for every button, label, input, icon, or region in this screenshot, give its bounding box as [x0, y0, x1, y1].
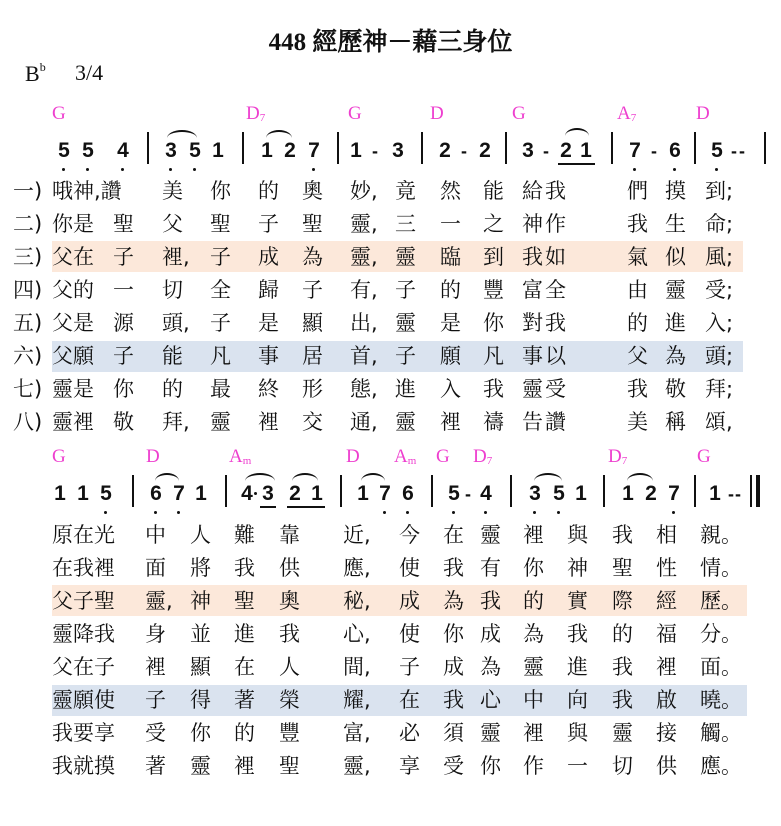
lyric-syllable: 裡 — [145, 651, 166, 683]
key-signature: Bb — [25, 60, 46, 87]
verse-number: 二) — [13, 208, 42, 240]
lyric-syllable: 受; — [705, 274, 733, 306]
lyric-syllable: 有, — [350, 274, 378, 306]
lyric-syllable: 你 — [210, 175, 231, 207]
lyric-syllable: 受 — [545, 373, 566, 405]
bar-line — [225, 475, 227, 507]
dotted-note-dot — [254, 492, 257, 495]
lyric-syllable: 凡 — [210, 340, 231, 372]
lyric-syllable: 應, — [343, 552, 371, 584]
note: 1 — [707, 482, 723, 506]
lyric-syllable: 稱 — [665, 406, 686, 438]
lyric-syllable: 靈 — [395, 241, 416, 273]
bar-line — [603, 475, 605, 507]
bar-line — [337, 132, 339, 164]
lyric-syllable: 我 — [627, 208, 648, 240]
lyric-syllable: 在我裡 — [52, 552, 115, 584]
lyric-syllable: 美 — [627, 406, 648, 438]
verse-number: 七) — [13, 373, 42, 405]
lyric-syllable: 全 — [210, 274, 231, 306]
lyric-syllable: 顯 — [190, 651, 211, 683]
lyric-syllable: 性 — [656, 552, 677, 584]
lyric-syllable: 事 — [258, 340, 279, 372]
slur — [167, 130, 197, 138]
lyric-syllable: 受 — [145, 717, 166, 749]
flat-accidental: b — [40, 60, 46, 74]
verse-number: 三) — [13, 241, 42, 273]
dash: - — [543, 139, 549, 163]
lyric-syllable: 一 — [113, 274, 134, 306]
lyric-syllable: 人 — [190, 519, 211, 551]
lyric-syllable: 面 — [145, 552, 166, 584]
lyric-syllable: 是 — [258, 307, 279, 339]
lyric-syllable: 你 — [443, 618, 464, 650]
lyric-syllable: 成 — [480, 618, 501, 650]
lyric-syllable: 哦神,讚 — [52, 175, 122, 207]
note: 5 — [446, 482, 462, 506]
lyric-syllable: 作 — [545, 208, 566, 240]
lyric-syllable: 子 — [210, 307, 231, 339]
verse-number: 八) — [13, 406, 42, 438]
note: 5 — [551, 482, 567, 506]
lyric-syllable: 你 — [190, 717, 211, 749]
lyric-syllable: 中 — [523, 684, 544, 716]
lyric-syllable: 靈, — [343, 750, 371, 782]
note: 7 — [377, 482, 393, 506]
note: 7 — [306, 139, 322, 163]
lyric-syllable: 神 — [567, 552, 588, 584]
lyric-syllable: 靈, — [350, 241, 378, 273]
lyric-syllable: 面。 — [700, 651, 742, 683]
lyric-syllable: 心 — [480, 684, 501, 716]
lyric-syllable: 靈是 — [52, 373, 94, 405]
lyric-syllable: 拜, — [162, 406, 190, 438]
bar-line — [132, 475, 134, 507]
lyric-syllable: 你 — [523, 552, 544, 584]
lyric-syllable: 今 — [399, 519, 420, 551]
note: 7 — [627, 139, 643, 163]
lyric-syllable: 曉。 — [700, 684, 742, 716]
lyric-syllable: 耀, — [343, 684, 371, 716]
lyric-syllable: 得 — [190, 684, 211, 716]
lyric-syllable: 供 — [656, 750, 677, 782]
note: 7 — [666, 482, 682, 506]
lyric-syllable: 供 — [279, 552, 300, 584]
lyric-syllable: 子 — [258, 208, 279, 240]
note: 3 — [390, 139, 406, 163]
lyric-syllable: 我 — [612, 651, 633, 683]
lyric-syllable: 靈 — [522, 373, 543, 405]
lyric-syllable: 最 — [210, 373, 231, 405]
lyric-syllable: 的 — [162, 373, 183, 405]
lyric-syllable: 靈 — [480, 717, 501, 749]
lyric-syllable: 靈 — [190, 750, 211, 782]
lyric-syllable: 居 — [302, 340, 323, 372]
lyric-syllable: 裡 — [523, 519, 544, 551]
lyric-syllable: 的 — [627, 307, 648, 339]
lyric-syllable: 交 — [302, 406, 323, 438]
chord: D — [346, 446, 360, 468]
lyric-syllable: 神 — [522, 208, 543, 240]
lyric-syllable: 靈, — [350, 208, 378, 240]
note: 3 — [163, 139, 179, 163]
lyric-syllable: 到; — [705, 175, 733, 207]
lyric-syllable: 入 — [440, 373, 461, 405]
chord: D — [146, 446, 160, 468]
lyric-syllable: 事 — [522, 340, 543, 372]
lyric-syllable: 父是 — [52, 307, 94, 339]
lyric-syllable: 態, — [350, 373, 378, 405]
lyric-syllable: 靈 — [612, 717, 633, 749]
bar-line — [340, 475, 342, 507]
lyric-syllable: 榮 — [279, 684, 300, 716]
lyric-syllable: 我 — [480, 585, 501, 617]
verse-number: 一) — [13, 175, 42, 207]
note: 6 — [667, 139, 683, 163]
lyric-syllable: 三 — [395, 208, 416, 240]
note: 1 — [210, 139, 226, 163]
chord: Am — [394, 446, 416, 468]
lyric-syllable: 原在光 — [52, 519, 115, 551]
lyric-syllable: 告 — [522, 406, 543, 438]
lyric-syllable: 父 — [162, 208, 183, 240]
lyric-syllable: 靈降我 — [52, 618, 115, 650]
note: 4 — [239, 482, 255, 506]
lyric-syllable: 為 — [302, 241, 323, 273]
lyric-syllable: 靈, — [145, 585, 173, 617]
lyric-syllable: 能 — [483, 175, 504, 207]
lyric-syllable: 經 — [656, 585, 677, 617]
lyric-syllable: 全 — [545, 274, 566, 306]
lyric-syllable: 受 — [443, 750, 464, 782]
bar-line — [431, 475, 433, 507]
lyric-syllable: 我 — [483, 373, 504, 405]
lyric-syllable: 我 — [443, 684, 464, 716]
lyric-syllable: 我 — [545, 307, 566, 339]
lyric-syllable: 靈 — [523, 651, 544, 683]
lyric-syllable: 分。 — [700, 618, 742, 650]
lyric-syllable: 我 — [612, 519, 633, 551]
lyric-syllable: 以 — [545, 340, 566, 372]
lyric-syllable: 如 — [545, 241, 566, 273]
dash: - — [465, 482, 471, 506]
lyric-syllable: 我要享 — [52, 717, 115, 749]
lyric-syllable: 聖 — [302, 208, 323, 240]
chord: G — [697, 446, 711, 468]
lyric-syllable: 凡 — [483, 340, 504, 372]
bar-line — [694, 132, 696, 164]
lyric-syllable: 子 — [302, 274, 323, 306]
lyric-syllable: 與 — [567, 717, 588, 749]
lyric-syllable: 裡 — [440, 406, 461, 438]
lyric-syllable: 禱 — [483, 406, 504, 438]
note: 5 — [80, 139, 96, 163]
hymn-title: 448 經歷神－藉三身位 — [0, 22, 781, 58]
lyric-syllable: 裡 — [523, 717, 544, 749]
lyric-syllable: 終 — [258, 373, 279, 405]
lyric-syllable: 子 — [395, 274, 416, 306]
lyric-syllable: 子 — [210, 241, 231, 273]
lyric-syllable: 身 — [145, 618, 166, 650]
lyric-syllable: 豐 — [483, 274, 504, 306]
lyric-syllable: 我 — [612, 684, 633, 716]
lyric-syllable: 裡 — [258, 406, 279, 438]
lyric-syllable: 出, — [350, 307, 378, 339]
note: 5 — [56, 139, 72, 163]
lyric-syllable: 氣 — [627, 241, 648, 273]
lyric-syllable: 敬 — [665, 373, 686, 405]
lyric-syllable: 的 — [258, 175, 279, 207]
lyric-syllable: 源 — [113, 307, 134, 339]
bar-line — [505, 132, 507, 164]
lyric-syllable: 裡, — [162, 241, 190, 273]
note: 2 — [437, 139, 453, 163]
note: 1 — [309, 482, 325, 506]
lyric-syllable: 歸 — [258, 274, 279, 306]
lyric-syllable: 使 — [399, 552, 420, 584]
lyric-syllable: 情。 — [700, 552, 742, 584]
lyric-syllable: 進 — [234, 618, 255, 650]
bar-line — [694, 475, 696, 507]
lyric-syllable: 豐 — [279, 717, 300, 749]
lyric-syllable: 神 — [190, 585, 211, 617]
bar-line — [764, 132, 766, 164]
lyric-syllable: 近, — [343, 519, 371, 551]
note: 5 — [709, 139, 725, 163]
lyric-syllable: 靈 — [665, 274, 686, 306]
lyric-syllable: 裡 — [234, 750, 255, 782]
final-bar-thin — [750, 475, 752, 507]
lyric-syllable: 我 — [545, 175, 566, 207]
lyric-syllable: 聖 — [113, 208, 134, 240]
chord: D7 — [608, 446, 627, 468]
lyric-syllable: 奧 — [302, 175, 323, 207]
lyric-syllable: 我 — [279, 618, 300, 650]
lyric-syllable: 接 — [656, 717, 677, 749]
note: 5 — [98, 482, 114, 506]
lyric-syllable: 美 — [162, 175, 183, 207]
lyric-syllable: 靈願使 — [52, 684, 115, 716]
lyric-syllable: 有 — [480, 552, 501, 584]
note: 5 — [187, 139, 203, 163]
note: 1 — [578, 139, 594, 163]
dash: -- — [731, 139, 747, 163]
lyric-syllable: 你 — [483, 307, 504, 339]
lyric-syllable: 進 — [665, 307, 686, 339]
lyric-syllable: 將 — [190, 552, 211, 584]
lyric-syllable: 相 — [656, 519, 677, 551]
time-signature: 3/4 — [75, 60, 103, 86]
bar-line — [510, 475, 512, 507]
lyric-syllable: 父的 — [52, 274, 94, 306]
lyric-syllable: 我 — [627, 373, 648, 405]
note: 3 — [520, 139, 536, 163]
note: 2 — [558, 139, 574, 163]
lyric-syllable: 難 — [234, 519, 255, 551]
lyric-syllable: 成 — [258, 241, 279, 273]
lyric-syllable: 觸。 — [700, 717, 742, 749]
lyric-syllable: 進 — [395, 373, 416, 405]
lyric-syllable: 為 — [443, 585, 464, 617]
lyric-syllable: 靈 — [395, 307, 416, 339]
lyric-syllable: 們 — [627, 175, 648, 207]
lyric-syllable: 給 — [522, 175, 543, 207]
lyric-syllable: 我就摸 — [52, 750, 115, 782]
lyric-syllable: 靈 — [480, 519, 501, 551]
note: 6 — [148, 482, 164, 506]
slur — [534, 473, 562, 481]
lyric-syllable: 形 — [302, 373, 323, 405]
lyric-syllable: 到 — [483, 241, 504, 273]
lyric-syllable: 成 — [443, 651, 464, 683]
verse-number: 六) — [13, 340, 42, 372]
lyric-syllable: 為 — [480, 651, 501, 683]
note: 4 — [478, 482, 494, 506]
lyric-syllable: 父子聖 — [52, 585, 115, 617]
note: 1 — [348, 139, 364, 163]
dash: -- — [728, 482, 742, 506]
note: 1 — [573, 482, 589, 506]
note: 3 — [527, 482, 543, 506]
bar-line — [147, 132, 149, 164]
lyric-syllable: 聖 — [279, 750, 300, 782]
chord: G — [436, 446, 450, 468]
lyric-syllable: 我 — [522, 241, 543, 273]
chord: Am — [229, 446, 251, 468]
slur — [155, 473, 179, 481]
lyric-syllable: 敬 — [113, 406, 134, 438]
lyric-syllable: 通, — [350, 406, 378, 438]
lyric-syllable: 子 — [145, 684, 166, 716]
lyric-syllable: 實 — [567, 585, 588, 617]
lyric-syllable: 我 — [567, 618, 588, 650]
final-bar-thick — [756, 475, 760, 507]
lyric-syllable: 作 — [523, 750, 544, 782]
verse-number: 五) — [13, 307, 42, 339]
lyric-syllable: 父在子 — [52, 651, 115, 683]
note: 6 — [400, 482, 416, 506]
lyric-syllable: 在 — [443, 519, 464, 551]
lyric-syllable: 之 — [483, 208, 504, 240]
lyric-syllable: 福 — [656, 618, 677, 650]
lyric-syllable: 靈 — [210, 406, 231, 438]
lyric-syllable: 頌, — [705, 406, 733, 438]
lyric-syllable: 成 — [399, 585, 420, 617]
lyric-syllable: 妙, — [350, 175, 378, 207]
lyric-syllable: 的 — [234, 717, 255, 749]
dash: - — [461, 139, 467, 163]
lyric-syllable: 著 — [145, 750, 166, 782]
slur — [565, 128, 589, 136]
lyric-syllable: 拜; — [705, 373, 733, 405]
lyric-syllable: 進 — [567, 651, 588, 683]
lyric-syllable: 由 — [627, 274, 648, 306]
note: 2 — [287, 482, 303, 506]
lyric-syllable: 讚 — [545, 406, 566, 438]
lyric-syllable: 我 — [443, 552, 464, 584]
note: 1 — [620, 482, 636, 506]
lyric-syllable: 你 — [113, 373, 134, 405]
lyric-syllable: 應。 — [700, 750, 742, 782]
lyric-syllable: 子 — [113, 241, 134, 273]
note: 1 — [75, 482, 91, 506]
lyric-syllable: 心, — [343, 618, 371, 650]
lyric-syllable: 生 — [665, 208, 686, 240]
eighth-underline — [260, 506, 276, 508]
note: 2 — [643, 482, 659, 506]
lyric-syllable: 富, — [343, 717, 371, 749]
lyric-syllable: 的 — [612, 618, 633, 650]
note: 1 — [355, 482, 371, 506]
lyric-syllable: 你 — [480, 750, 501, 782]
lyric-syllable: 似 — [665, 241, 686, 273]
lyric-syllable: 際 — [612, 585, 633, 617]
lyric-syllable: 並 — [190, 618, 211, 650]
lyric-syllable: 我 — [234, 552, 255, 584]
chord: D — [696, 103, 710, 125]
lyric-syllable: 著 — [234, 684, 255, 716]
note: 7 — [171, 482, 187, 506]
lyric-syllable: 人 — [279, 651, 300, 683]
lyric-syllable: 的 — [440, 274, 461, 306]
lyric-syllable: 親。 — [700, 519, 742, 551]
lyric-syllable: 父在 — [52, 241, 94, 273]
verse-number: 四) — [13, 274, 42, 306]
lyric-syllable: 奧 — [279, 585, 300, 617]
lyric-syllable: 聖 — [210, 208, 231, 240]
lyric-syllable: 為 — [523, 618, 544, 650]
chord: G — [512, 103, 526, 125]
lyric-syllable: 切 — [162, 274, 183, 306]
lyric-syllable: 臨 — [440, 241, 461, 273]
note: 2 — [477, 139, 493, 163]
lyric-syllable: 對 — [522, 307, 543, 339]
lyric-syllable: 聖 — [612, 552, 633, 584]
bar-line — [421, 132, 423, 164]
chord: D7 — [246, 103, 265, 125]
note: 1 — [52, 482, 68, 506]
eighth-underline — [287, 506, 325, 508]
bar-line — [611, 132, 613, 164]
lyric-syllable: 在 — [399, 684, 420, 716]
lyric-syllable: 歷。 — [700, 585, 742, 617]
lyric-syllable: 入; — [705, 307, 733, 339]
lyric-syllable: 享 — [399, 750, 420, 782]
lyric-syllable: 切 — [612, 750, 633, 782]
lyric-syllable: 一 — [567, 750, 588, 782]
lyric-syllable: 為 — [665, 340, 686, 372]
slur — [245, 473, 275, 481]
lyric-syllable: 子 — [399, 651, 420, 683]
lyric-syllable: 靈 — [395, 406, 416, 438]
lyric-syllable: 富 — [522, 274, 543, 306]
lyric-syllable: 首, — [350, 340, 378, 372]
lyric-syllable: 與 — [567, 519, 588, 551]
lyric-syllable: 父 — [627, 340, 648, 372]
chord: A7 — [617, 103, 636, 125]
lyric-syllable: 使 — [399, 618, 420, 650]
lyric-syllable: 在 — [234, 651, 255, 683]
lyric-syllable: 子 — [395, 340, 416, 372]
lyric-syllable: 命; — [705, 208, 733, 240]
lyric-syllable: 顯 — [302, 307, 323, 339]
lyric-syllable: 間, — [343, 651, 371, 683]
lyric-syllable: 願 — [440, 340, 461, 372]
lyric-syllable: 聖 — [234, 585, 255, 617]
lyric-syllable: 然 — [440, 175, 461, 207]
note: 3 — [260, 482, 276, 506]
lyric-syllable: 秘, — [343, 585, 371, 617]
